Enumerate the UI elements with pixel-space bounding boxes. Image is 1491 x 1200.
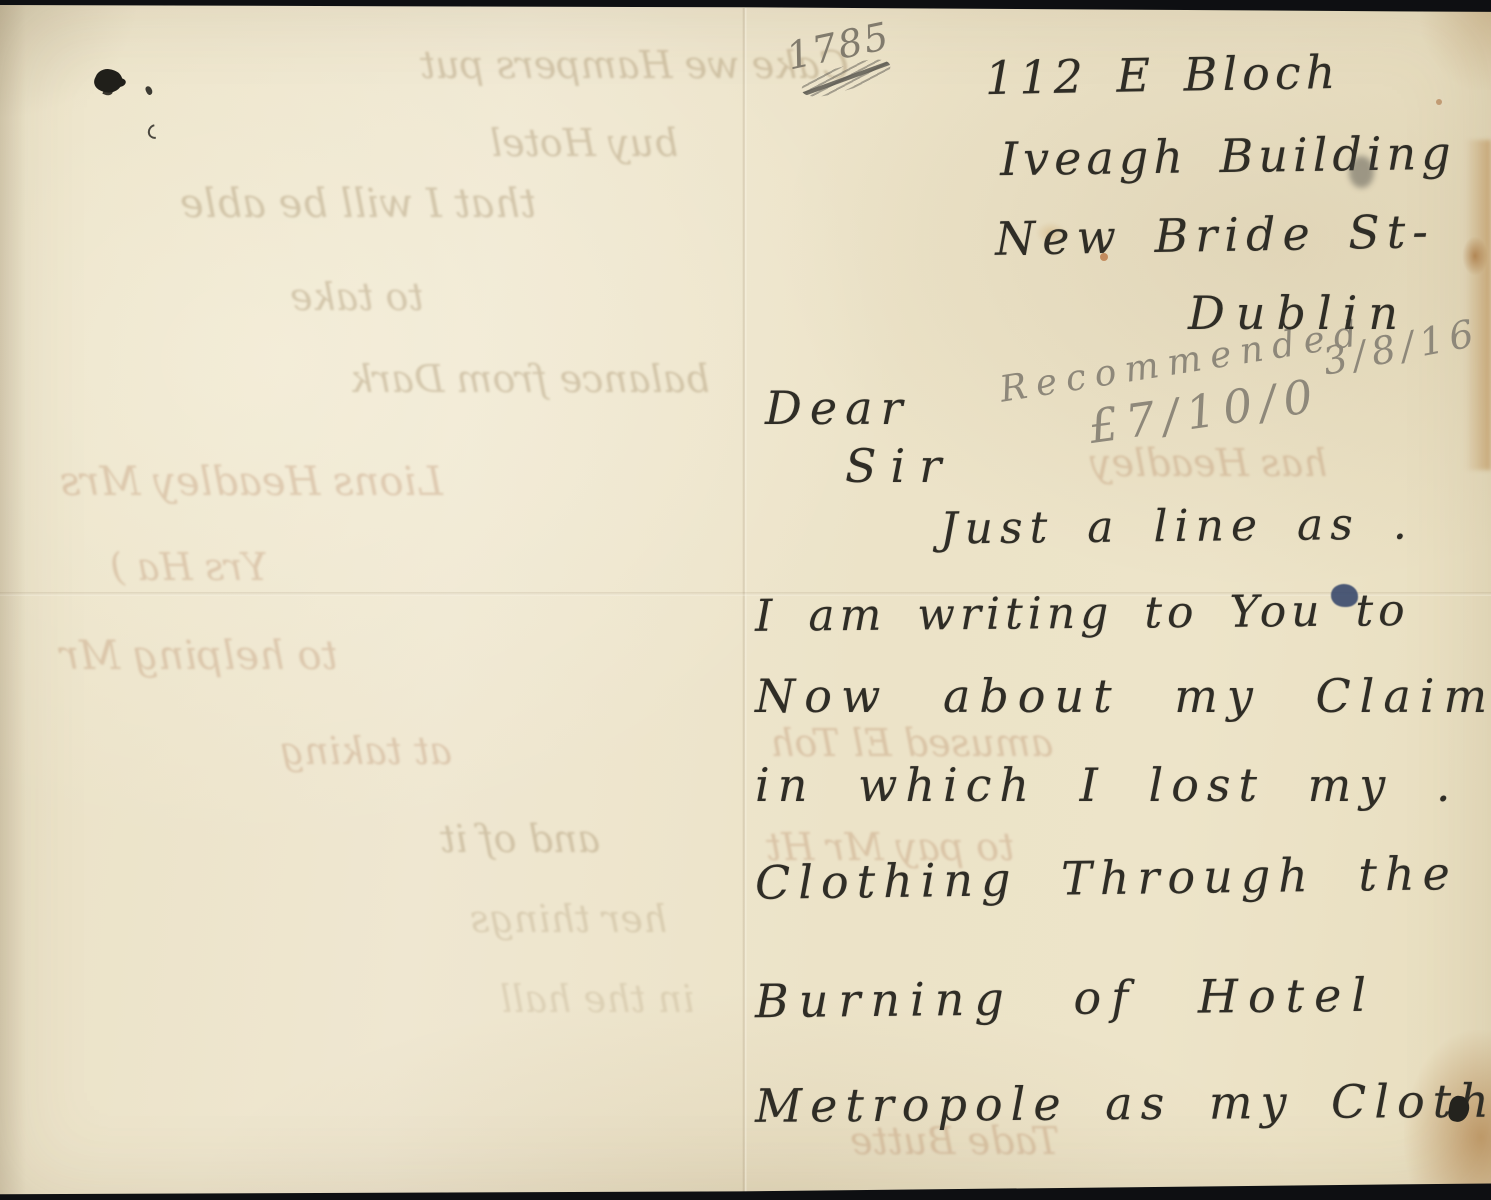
bleedthrough-line: Cake we Hampers put: [420, 46, 849, 84]
bleedthrough-line: Yrs Ha ): [110, 548, 268, 586]
scanned-letter-page: Cake we Hampers put buy Hotel that I wil…: [0, 0, 1491, 1200]
body-line: Metropole as my Clothes: [755, 1077, 1491, 1129]
ink-smudge: [1349, 156, 1374, 188]
address-line: Dublin: [1188, 290, 1409, 336]
left-page-edge-shadow: [0, 0, 26, 1200]
bleedthrough-line: her things: [470, 900, 667, 938]
bleedthrough-line: at taking: [280, 732, 452, 770]
body-line: Now about my Claim: [755, 673, 1491, 719]
bleedthrough-line: Lions Headley Mrs: [60, 462, 443, 502]
address-line: Iveagh Building: [1000, 130, 1456, 182]
blue-ink-blot: [1331, 584, 1358, 607]
address-line: New Bride St-: [995, 208, 1436, 262]
bleedthrough-line: amused El Toh: [770, 724, 1053, 762]
top-left-corner-shadow: [0, 0, 140, 120]
bleedthrough-line: to take: [290, 278, 424, 316]
address-line: 112 E Bloch: [985, 49, 1341, 101]
bleedthrough-line: balance from Dark: [350, 360, 710, 398]
bleedthrough-line: in the hall: [500, 980, 694, 1018]
body-line: Burning of Hotel: [755, 972, 1376, 1025]
body-line: Just a line as .: [940, 503, 1414, 552]
vertical-fold-crease: [742, 8, 747, 1192]
bleedthrough-line: to helping Mr: [60, 636, 338, 676]
bleedthrough-line: and of it: [440, 820, 600, 858]
body-line: I am writing to You to: [755, 589, 1410, 639]
body-line: in which I lost my .: [755, 762, 1458, 808]
bleedthrough-line: buy Hotel: [490, 124, 678, 162]
body-line: Clothing Through the: [755, 850, 1458, 906]
bleedthrough-line: has Headley: [1090, 444, 1327, 482]
salutation: Dear: [765, 385, 911, 431]
salutation: Sir: [845, 443, 955, 489]
bleedthrough-line: that I will be able: [180, 184, 536, 224]
